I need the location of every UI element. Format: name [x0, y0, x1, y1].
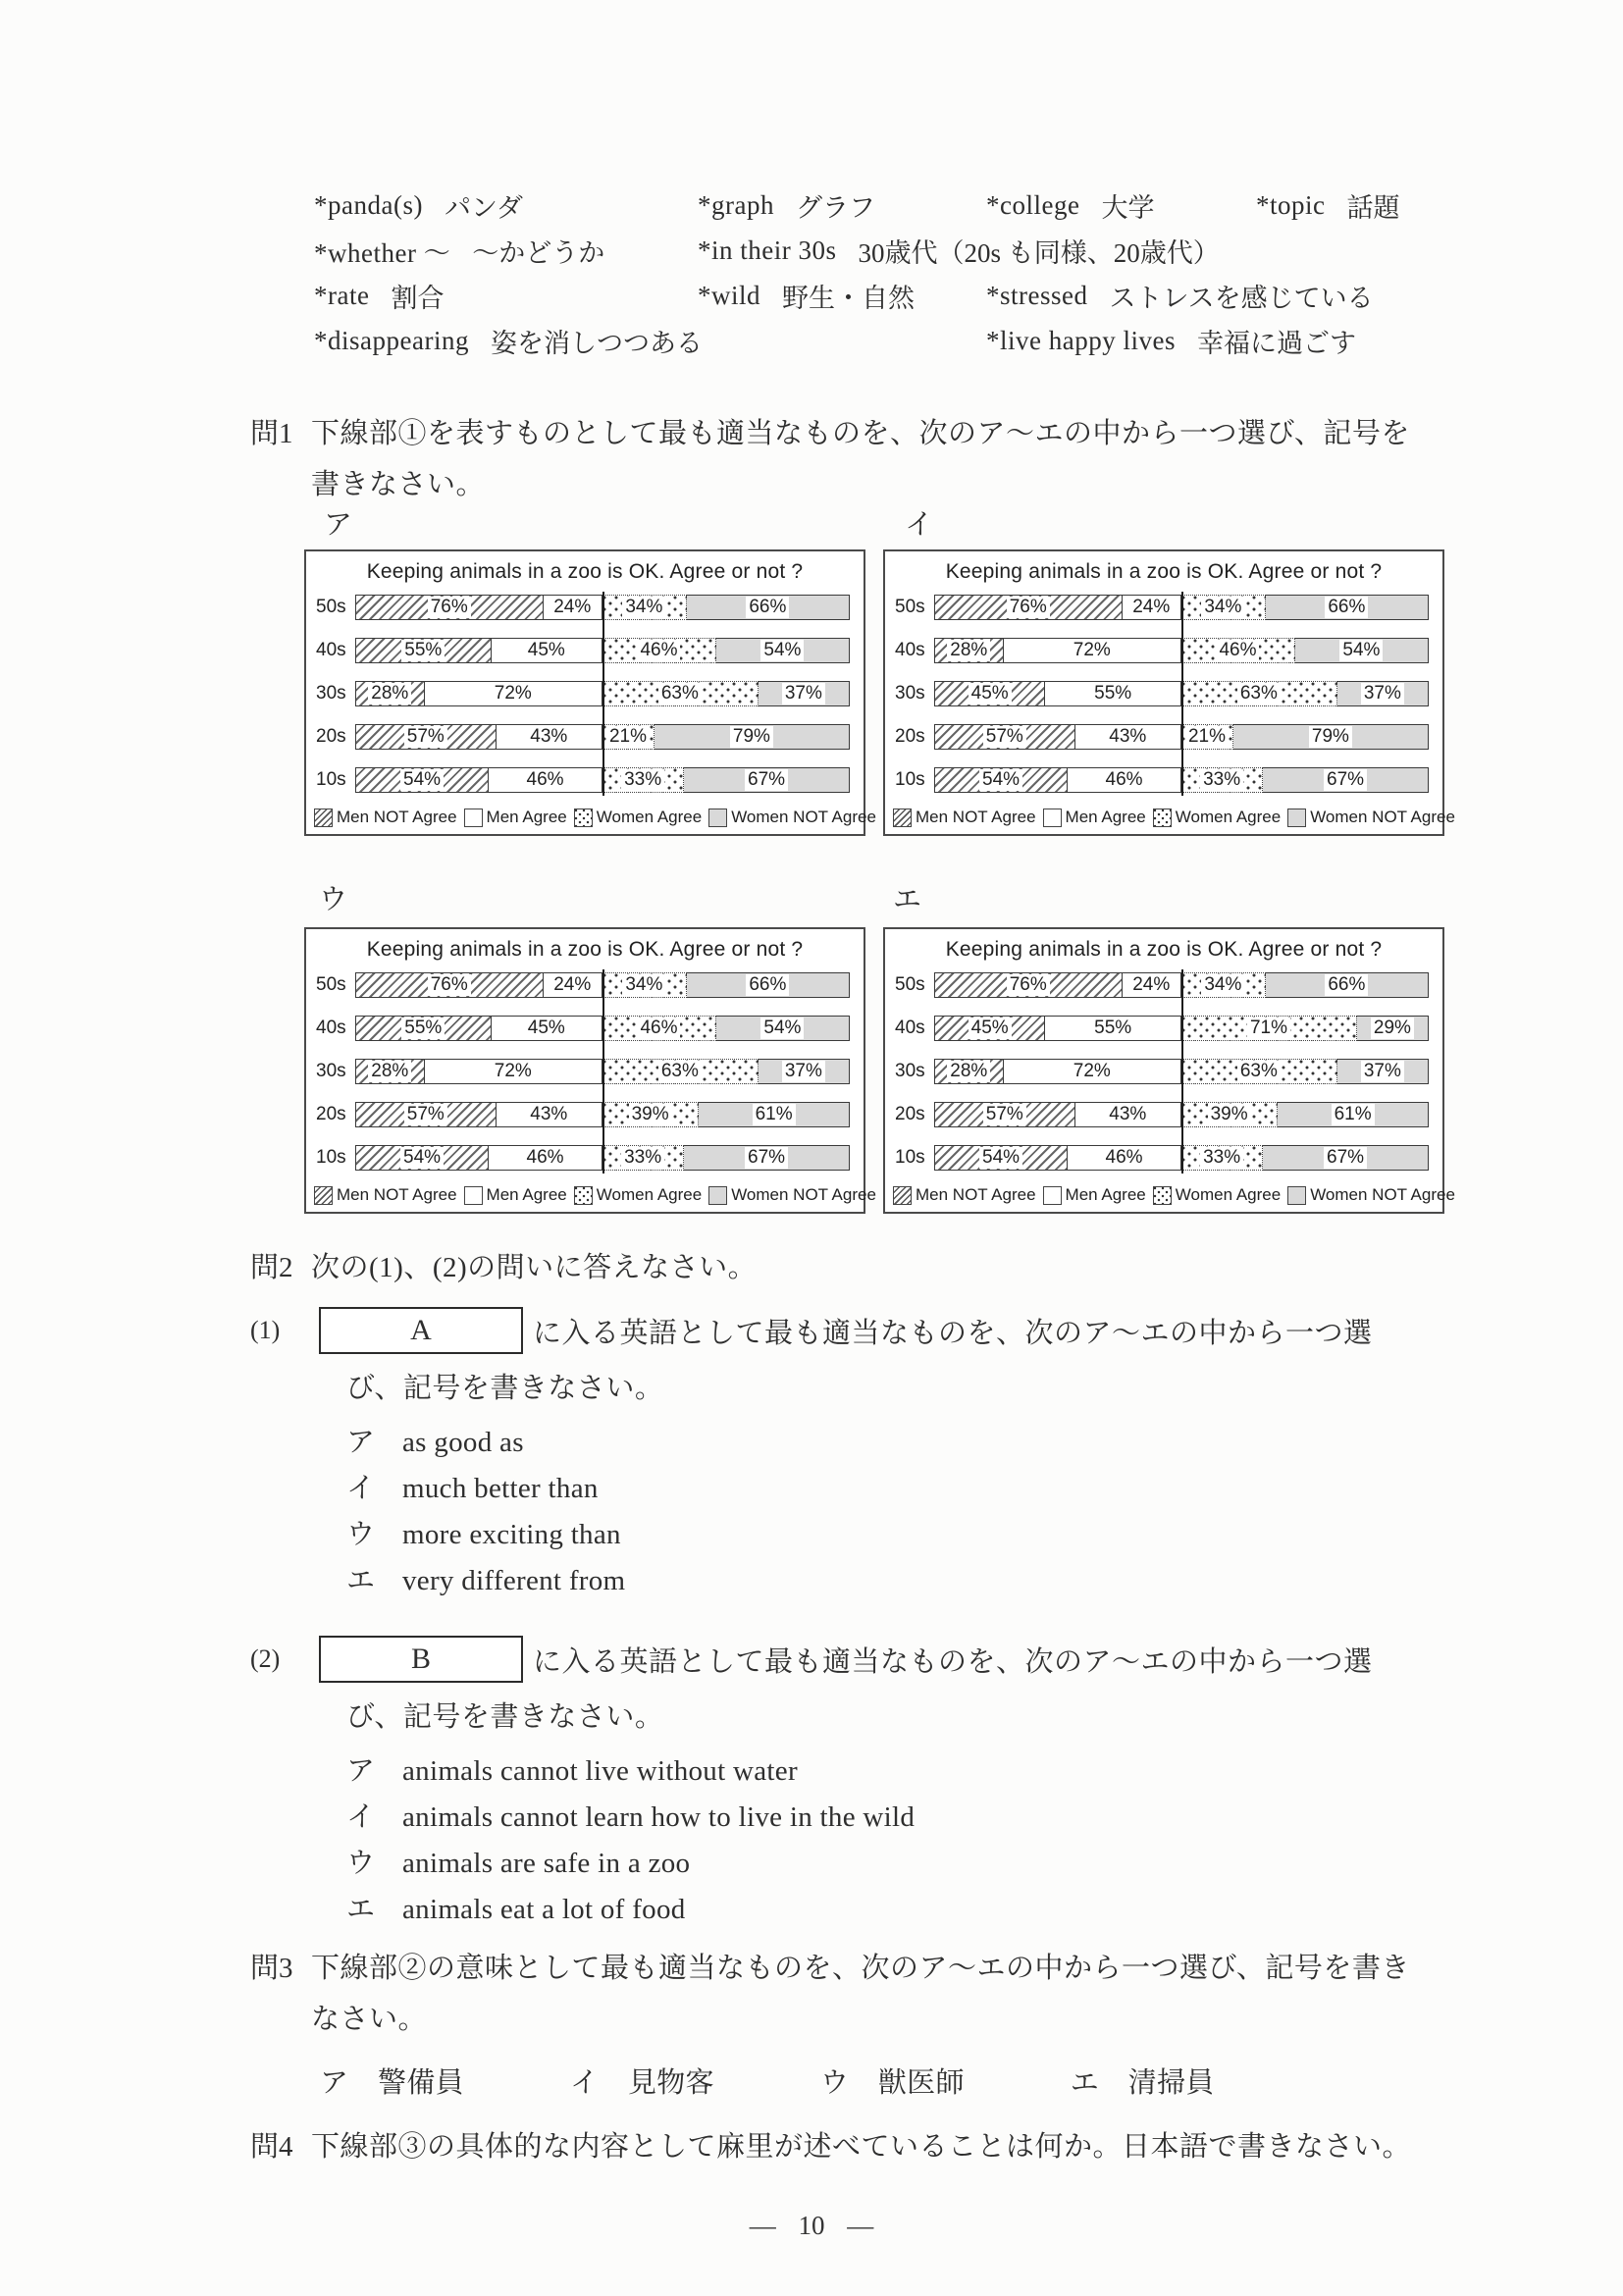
- bar-segment-value: 24%: [550, 597, 594, 618]
- bar-segment-value: 24%: [1129, 974, 1173, 996]
- bar-segment-women-agree: 34%: [1181, 595, 1266, 620]
- legend-label: Women NOT Agree: [731, 1185, 876, 1205]
- bar-segment-men-agree: 43%: [1075, 1102, 1181, 1127]
- chart-bar-row: 40s45%55%71%29%: [895, 1016, 1429, 1041]
- question-2-sub-1: (1) A に入る英語として最も適当なものを、次のア～エの中から一つ選 び、記号…: [250, 1307, 1373, 1604]
- bar-segment-value: 57%: [983, 1104, 1026, 1125]
- glossary-entry: *whether ～～かどうか: [314, 228, 698, 273]
- bar-segment-men-agree: 72%: [1004, 1059, 1181, 1084]
- bar-segment-value: 72%: [1071, 1061, 1114, 1082]
- legend-item: Men NOT Agree: [314, 808, 457, 827]
- age-group-label: 50s: [316, 597, 355, 618]
- women-half: 21%79%: [602, 724, 850, 750]
- gender-divider-line: [1181, 969, 1183, 1174]
- age-group-label: 50s: [316, 974, 355, 996]
- age-group-label: 10s: [895, 769, 934, 791]
- question-2-sub-2: (2) B に入る英語として最も適当なものを、次のア～エの中から一つ選 び、記号…: [250, 1636, 1373, 1933]
- choice-letter: ア: [346, 1420, 402, 1460]
- chart-bar-row: 20s57%43%21%79%: [895, 724, 1429, 750]
- bar-segment-women-not-agree: 29%: [1357, 1016, 1429, 1041]
- bar-segment-value: 46%: [637, 640, 680, 661]
- bar-segment-value: 55%: [401, 640, 445, 661]
- choice-item: アas good as: [346, 1420, 1373, 1466]
- chart-plot-area: 50s76%24%34%66%40s55%45%46%54%30s28%72%6…: [316, 972, 850, 1171]
- bar-segment-value: 21%: [606, 726, 650, 748]
- chart-plot-area: 50s76%24%34%66%40s45%55%71%29%30s28%72%6…: [895, 972, 1429, 1171]
- legend-swatch-women-not-agree: [1287, 1186, 1306, 1205]
- choice-text: 獣医師: [878, 2061, 965, 2101]
- bar-segment-women-agree: 71%: [1181, 1016, 1357, 1041]
- bar-segment-value: 54%: [979, 1147, 1022, 1169]
- bar-segment-value: 76%: [1007, 974, 1050, 996]
- glossary-definition: グラフ: [796, 186, 875, 225]
- glossary-definition: 30歳代（20s も同様、20歳代）: [859, 232, 1220, 270]
- question-4-text: 下線部③の具体的な内容として麻里が述べていることは何か。日本語で書きなさい。: [311, 2121, 1411, 2172]
- legend-label: Men NOT Agree: [916, 808, 1036, 827]
- legend-item: Men Agree: [1043, 808, 1146, 827]
- glossary-entry: *stressedストレスを感じている: [986, 273, 1466, 318]
- bar-segment-value: 28%: [947, 640, 990, 661]
- legend-swatch-men-agree: [464, 809, 483, 827]
- legend-swatch-women-agree: [574, 809, 593, 827]
- chart-option-i: Keeping animals in a zoo is OK. Agree or…: [883, 549, 1444, 836]
- glossary-definition: パンダ: [445, 186, 523, 225]
- bar-segment-value: 29%: [1371, 1018, 1414, 1039]
- sub-question-1-number: (1): [250, 1316, 319, 1345]
- legend-item: Men NOT Agree: [893, 1185, 1036, 1205]
- women-half: 33%67%: [1181, 767, 1429, 793]
- chart-bar-row: 40s28%72%46%54%: [895, 638, 1429, 663]
- legend-item: Women Agree: [1153, 1185, 1281, 1205]
- bar-segment-men-agree: 55%: [1045, 681, 1181, 706]
- page-number: — 10 —: [0, 2211, 1623, 2241]
- choice-letter: エ: [346, 1887, 402, 1927]
- chart-legend: Men NOT AgreeMen AgreeWomen AgreeWomen N…: [893, 1185, 1439, 1205]
- age-group-label: 40s: [316, 640, 355, 661]
- sub-question-1-choices: アas good asイmuch better thanウmore exciti…: [346, 1420, 1373, 1604]
- sub-question-1-text: に入る英語として最も適当なものを、次のア～エの中から一つ選: [533, 1311, 1373, 1351]
- bar-segment-men-not-agree: 76%: [934, 972, 1123, 998]
- glossary-entry: *graphグラフ: [698, 183, 986, 228]
- legend-label: Men Agree: [1066, 1185, 1146, 1205]
- bar-segment-men-agree: 46%: [1068, 1145, 1181, 1171]
- chart-title: Keeping animals in a zoo is OK. Agree or…: [306, 938, 864, 962]
- bar-segment-value: 37%: [1361, 1061, 1404, 1082]
- men-half: 45%55%: [934, 681, 1181, 706]
- bar-segment-value: 63%: [1237, 1061, 1281, 1082]
- legend-item: Men Agree: [1043, 1185, 1146, 1205]
- question-3-line1: 下線部②の意味として最も適当なものを、次のア～エの中から一つ選び、記号を書き: [311, 1943, 1410, 1994]
- glossary-definition: 姿を消しつつある: [491, 322, 703, 360]
- bar-segment-value: 54%: [979, 769, 1022, 791]
- bar-segment-value: 54%: [760, 1018, 804, 1039]
- choice-item: ア警備員: [320, 2061, 464, 2101]
- bar-segment-women-not-agree: 66%: [1266, 972, 1429, 998]
- bar-segment-men-agree: 46%: [1068, 767, 1181, 793]
- chart-bar-row: 50s76%24%34%66%: [895, 972, 1429, 998]
- legend-swatch-men-not-agree: [893, 809, 912, 827]
- glossary-term: *graph: [698, 190, 774, 221]
- chart-bar-row: 50s76%24%34%66%: [316, 972, 850, 998]
- legend-label: Men NOT Agree: [337, 808, 457, 827]
- men-half: 28%72%: [934, 638, 1181, 663]
- bar-segment-men-not-agree: 54%: [355, 1145, 489, 1171]
- bar-segment-women-not-agree: 79%: [1233, 724, 1429, 750]
- bar-segment-value: 76%: [428, 974, 471, 996]
- bar-segment-women-agree: 33%: [1181, 767, 1263, 793]
- men-half: 57%43%: [934, 1102, 1181, 1127]
- choice-item: ウanimals are safe in a zoo: [346, 1841, 1373, 1887]
- women-half: 46%54%: [602, 638, 850, 663]
- legend-label: Men Agree: [487, 1185, 567, 1205]
- legend-label: Men Agree: [487, 808, 567, 827]
- glossary-term: *live happy lives: [986, 326, 1176, 356]
- legend-swatch-men-agree: [1043, 1186, 1062, 1205]
- sub-question-1-text-line2: び、記号を書きなさい。: [346, 1366, 1373, 1406]
- choice-letter: ウ: [346, 1841, 402, 1881]
- bar-segment-men-agree: 24%: [544, 595, 602, 620]
- legend-item: Women NOT Agree: [708, 808, 876, 827]
- chart-bar-row: 30s28%72%63%37%: [316, 681, 850, 706]
- bar-segment-men-agree: 45%: [492, 1016, 602, 1041]
- bar-segment-value: 76%: [428, 597, 471, 618]
- gender-divider-line: [1181, 592, 1183, 796]
- chart-bar-row: 40s55%45%46%54%: [316, 1016, 850, 1041]
- age-group-label: 20s: [895, 726, 934, 748]
- choice-text: 見物客: [628, 2061, 714, 2101]
- bar-segment-value: 46%: [524, 769, 567, 791]
- question-1: 問1 下線部①を表すものとして最も適当なものを、次のア～エの中から一つ選び、記号…: [250, 408, 1410, 510]
- bar-segment-women-not-agree: 54%: [1295, 638, 1429, 663]
- bar-segment-value: 67%: [745, 769, 788, 791]
- bar-segment-women-agree: 33%: [1181, 1145, 1263, 1171]
- bar-segment-value: 72%: [492, 683, 535, 704]
- bar-segment-women-agree: 34%: [1181, 972, 1266, 998]
- age-group-label: 30s: [316, 1061, 355, 1082]
- choice-letter: ア: [346, 1748, 402, 1789]
- chart-option-u: Keeping animals in a zoo is OK. Agree or…: [304, 927, 865, 1214]
- bar-segment-value: 46%: [1216, 640, 1259, 661]
- bar-segment-men-agree: 55%: [1045, 1016, 1181, 1041]
- bar-segment-value: 63%: [1237, 683, 1281, 704]
- bar-segment-men-agree: 46%: [489, 1145, 602, 1171]
- bar-segment-men-not-agree: 54%: [934, 767, 1068, 793]
- glossary-term: *panda(s): [314, 190, 423, 221]
- bar-segment-men-not-agree: 54%: [355, 767, 489, 793]
- glossary-entry: *live happy lives幸福に過ごす: [986, 318, 1466, 363]
- age-group-label: 20s: [895, 1104, 934, 1125]
- glossary-term: *rate: [314, 281, 369, 311]
- bar-segment-women-agree: 21%: [602, 724, 654, 750]
- chart-legend: Men NOT AgreeMen AgreeWomen AgreeWomen N…: [314, 1185, 860, 1205]
- men-half: 57%43%: [355, 724, 602, 750]
- chart-bar-row: 50s76%24%34%66%: [316, 595, 850, 620]
- bar-segment-women-agree: 63%: [602, 1059, 759, 1084]
- glossary-entry: *panda(s)パンダ: [314, 183, 698, 228]
- bar-segment-women-not-agree: 61%: [699, 1102, 850, 1127]
- bar-segment-value: 46%: [1103, 1147, 1146, 1169]
- glossary-entry: *topic話題: [1256, 183, 1466, 228]
- choice-text: 警備員: [378, 2061, 464, 2101]
- chart-legend: Men NOT AgreeMen AgreeWomen AgreeWomen N…: [893, 808, 1439, 827]
- bar-segment-women-agree: 33%: [602, 767, 684, 793]
- bar-segment-men-not-agree: 76%: [355, 972, 544, 998]
- age-group-label: 10s: [316, 1147, 355, 1169]
- men-half: 76%24%: [934, 595, 1181, 620]
- sub-question-2-choices: アanimals cannot live without waterイanima…: [346, 1748, 1373, 1933]
- choice-item: イanimals cannot learn how to live in the…: [346, 1795, 1373, 1841]
- glossary-definition: ストレスを感じている: [1109, 277, 1373, 315]
- bar-segment-value: 54%: [1339, 640, 1383, 661]
- bar-segment-value: 66%: [1325, 597, 1368, 618]
- chart-bar-row: 10s54%46%33%67%: [895, 1145, 1429, 1171]
- chart-option-e: Keeping animals in a zoo is OK. Agree or…: [883, 927, 1444, 1214]
- glossary-term: *whether ～: [314, 232, 450, 270]
- legend-label: Women NOT Agree: [731, 808, 876, 827]
- legend-swatch-women-not-agree: [708, 809, 727, 827]
- bar-segment-value: 28%: [368, 683, 411, 704]
- legend-swatch-men-agree: [1043, 809, 1062, 827]
- chart-bar-row: 10s54%46%33%67%: [316, 1145, 850, 1171]
- chart-bar-row: 20s57%43%21%79%: [316, 724, 850, 750]
- men-half: 45%55%: [934, 1016, 1181, 1041]
- question-1-number: 問1: [250, 408, 311, 459]
- bar-segment-women-agree: 21%: [1181, 724, 1233, 750]
- bar-segment-women-agree: 34%: [602, 595, 687, 620]
- bar-segment-women-not-agree: 67%: [1263, 1145, 1429, 1171]
- legend-swatch-men-not-agree: [893, 1186, 912, 1205]
- bar-segment-men-agree: 45%: [492, 638, 602, 663]
- age-group-label: 50s: [895, 974, 934, 996]
- men-half: 28%72%: [934, 1059, 1181, 1084]
- age-group-label: 50s: [895, 597, 934, 618]
- bar-segment-men-not-agree: 55%: [355, 638, 492, 663]
- question-3-text: 下線部②の意味として最も適当なものを、次のア～エの中から一つ選び、記号を書き な…: [311, 1943, 1410, 2045]
- glossary-term: *in their 30s: [698, 235, 837, 266]
- choice-text: 清掃員: [1128, 2061, 1215, 2101]
- bar-segment-value: 55%: [1091, 1018, 1134, 1039]
- men-half: 55%45%: [355, 1016, 602, 1041]
- choice-item: アanimals cannot live without water: [346, 1748, 1373, 1795]
- chart-plot-area: 50s76%24%34%66%40s55%45%46%54%30s28%72%6…: [316, 595, 850, 793]
- bar-segment-men-not-agree: 28%: [355, 1059, 425, 1084]
- men-half: 57%43%: [934, 724, 1181, 750]
- question-1-line2: 書きなさい。: [311, 459, 1410, 510]
- bar-segment-value: 67%: [1324, 769, 1367, 791]
- bar-segment-value: 46%: [524, 1147, 567, 1169]
- bar-segment-women-agree: 33%: [602, 1145, 684, 1171]
- bar-segment-women-not-agree: 67%: [1263, 767, 1429, 793]
- bar-segment-men-not-agree: 76%: [355, 595, 544, 620]
- choice-letter: エ: [1071, 2061, 1099, 2101]
- chart-bar-row: 10s54%46%33%67%: [316, 767, 850, 793]
- question-2: 問2 次の(1)、(2)の問いに答えなさい。 (1) A に入る英語として最も適…: [250, 1242, 1373, 1933]
- choice-text: animals eat a lot of food: [402, 1894, 686, 1926]
- choice-item: ウmore exciting than: [346, 1512, 1373, 1558]
- bar-segment-men-not-agree: 57%: [934, 724, 1075, 750]
- age-group-label: 10s: [316, 769, 355, 791]
- bar-segment-men-agree: 72%: [425, 681, 602, 706]
- bar-segment-value: 43%: [527, 1104, 570, 1125]
- sub-question-2-text-line2: び、記号を書きなさい。: [346, 1695, 1373, 1735]
- glossary-definition: ～かどうか: [472, 232, 604, 270]
- bar-segment-value: 54%: [400, 1147, 444, 1169]
- age-group-label: 20s: [316, 1104, 355, 1125]
- choice-text: very different from: [402, 1565, 625, 1597]
- legend-label: Men Agree: [1066, 808, 1146, 827]
- question-4-number: 問4: [250, 2121, 311, 2172]
- bar-segment-women-not-agree: 54%: [716, 638, 850, 663]
- bar-segment-women-agree: 46%: [1181, 638, 1295, 663]
- chart-bar-row: 30s28%72%63%37%: [895, 1059, 1429, 1084]
- legend-label: Women NOT Agree: [1310, 1185, 1455, 1205]
- glossary-term: *wild: [698, 281, 760, 311]
- bar-segment-value: 61%: [1332, 1104, 1375, 1125]
- bar-segment-value: 57%: [404, 726, 447, 748]
- bar-segment-value: 33%: [1200, 769, 1243, 791]
- bar-segment-men-not-agree: 57%: [355, 1102, 497, 1127]
- bar-segment-men-agree: 72%: [1004, 638, 1181, 663]
- bar-segment-value: 39%: [629, 1104, 672, 1125]
- glossary-definition: 幸福に過ごす: [1197, 322, 1356, 360]
- legend-item: Women NOT Agree: [708, 1185, 876, 1205]
- question-3-number: 問3: [250, 1943, 311, 1994]
- glossary-entry: *wild野生・自然: [698, 273, 986, 318]
- bar-segment-value: 54%: [400, 769, 444, 791]
- bar-segment-men-agree: 43%: [497, 1102, 602, 1127]
- bar-segment-value: 72%: [1071, 640, 1114, 661]
- bar-segment-women-agree: 63%: [1181, 681, 1337, 706]
- bar-segment-value: 28%: [368, 1061, 411, 1082]
- choice-text: animals are safe in a zoo: [402, 1848, 690, 1880]
- bar-segment-women-agree: 46%: [602, 1016, 716, 1041]
- men-half: 55%45%: [355, 638, 602, 663]
- men-half: 54%46%: [934, 767, 1181, 793]
- glossary-definition: 野生・自然: [782, 277, 915, 315]
- bar-segment-men-agree: 46%: [489, 767, 602, 793]
- bar-segment-value: 39%: [1208, 1104, 1251, 1125]
- bar-segment-value: 33%: [621, 769, 664, 791]
- choice-letter: イ: [346, 1466, 402, 1506]
- bar-segment-men-not-agree: 55%: [355, 1016, 492, 1041]
- legend-label: Women Agree: [1176, 1185, 1281, 1205]
- women-half: 63%37%: [1181, 1059, 1429, 1084]
- bar-segment-value: 33%: [1200, 1147, 1243, 1169]
- bar-segment-women-not-agree: 67%: [684, 767, 850, 793]
- bar-segment-men-not-agree: 57%: [934, 1102, 1075, 1127]
- bar-segment-men-agree: 72%: [425, 1059, 602, 1084]
- legend-swatch-women-agree: [1153, 1186, 1172, 1205]
- men-half: 54%46%: [934, 1145, 1181, 1171]
- men-half: 57%43%: [355, 1102, 602, 1127]
- choice-item: エanimals eat a lot of food: [346, 1887, 1373, 1933]
- bar-segment-men-not-agree: 45%: [934, 1016, 1045, 1041]
- bar-segment-value: 37%: [1361, 683, 1404, 704]
- men-half: 54%46%: [355, 1145, 602, 1171]
- choice-label-a: ア: [324, 502, 352, 543]
- legend-label: Men NOT Agree: [916, 1185, 1036, 1205]
- legend-swatch-women-not-agree: [708, 1186, 727, 1205]
- women-half: 34%66%: [1181, 972, 1429, 998]
- bar-segment-value: 45%: [969, 683, 1012, 704]
- bar-segment-value: 79%: [730, 726, 773, 748]
- bar-segment-women-agree: 34%: [602, 972, 687, 998]
- bar-segment-value: 45%: [969, 1018, 1012, 1039]
- glossary-entry: *disappearing姿を消しつつある: [314, 318, 986, 363]
- chart-bar-row: 30s45%55%63%37%: [895, 681, 1429, 706]
- exam-page: *panda(s)パンダ*graphグラフ*college大学*topic話題*…: [0, 0, 1623, 2296]
- bar-segment-value: 57%: [983, 726, 1026, 748]
- bar-segment-women-agree: 39%: [1181, 1102, 1278, 1127]
- legend-swatch-women-agree: [1153, 809, 1172, 827]
- bar-segment-value: 43%: [1106, 726, 1149, 748]
- question-2-intro: 次の(1)、(2)の問いに答えなさい。: [311, 1242, 757, 1293]
- bar-segment-women-not-agree: 37%: [1337, 1059, 1429, 1084]
- chart-title: Keeping animals in a zoo is OK. Agree or…: [885, 560, 1442, 584]
- bar-segment-women-agree: 39%: [602, 1102, 699, 1127]
- bar-segment-value: 46%: [1103, 769, 1146, 791]
- legend-item: Men Agree: [464, 808, 567, 827]
- women-half: 63%37%: [1181, 681, 1429, 706]
- bar-segment-women-not-agree: 37%: [1337, 681, 1429, 706]
- sub-question-2-number: (2): [250, 1644, 319, 1674]
- bar-segment-men-not-agree: 28%: [934, 638, 1004, 663]
- chart-plot-area: 50s76%24%34%66%40s28%72%46%54%30s45%55%6…: [895, 595, 1429, 793]
- gender-divider-line: [602, 969, 604, 1174]
- women-half: 46%54%: [602, 1016, 850, 1041]
- bar-segment-value: 66%: [746, 597, 789, 618]
- age-group-label: 10s: [895, 1147, 934, 1169]
- choice-text: animals cannot live without water: [402, 1755, 798, 1788]
- bar-segment-women-not-agree: 79%: [654, 724, 850, 750]
- bar-segment-men-agree: 24%: [1123, 595, 1181, 620]
- legend-item: Men NOT Agree: [314, 1185, 457, 1205]
- bar-segment-value: 24%: [550, 974, 594, 996]
- women-half: 21%79%: [1181, 724, 1429, 750]
- question-4: 問4 下線部③の具体的な内容として麻里が述べていることは何か。日本語で書きなさい…: [250, 2121, 1411, 2172]
- women-half: 63%37%: [602, 681, 850, 706]
- age-group-label: 40s: [895, 640, 934, 661]
- bar-segment-value: 34%: [622, 597, 665, 618]
- bar-segment-value: 67%: [1324, 1147, 1367, 1169]
- glossary-definition: 大学: [1101, 186, 1154, 225]
- bar-segment-value: 55%: [1091, 683, 1134, 704]
- legend-label: Women Agree: [597, 1185, 702, 1205]
- sub-question-2-text: に入る英語として最も適当なものを、次のア～エの中から一つ選: [533, 1640, 1373, 1680]
- bar-segment-value: 79%: [1309, 726, 1352, 748]
- bar-segment-value: 63%: [658, 1061, 702, 1082]
- choice-letter: ウ: [346, 1512, 402, 1552]
- glossary-entry: *in their 30s30歳代（20s も同様、20歳代）: [698, 228, 1466, 273]
- women-half: 34%66%: [602, 972, 850, 998]
- women-half: 71%29%: [1181, 1016, 1429, 1041]
- bar-segment-value: 28%: [947, 1061, 990, 1082]
- question-3-choices: ア警備員イ見物客ウ獣医師エ清掃員: [320, 2061, 1410, 2101]
- bar-segment-value: 67%: [745, 1147, 788, 1169]
- legend-swatch-men-not-agree: [314, 1186, 333, 1205]
- legend-item: Women Agree: [574, 1185, 702, 1205]
- bar-segment-women-not-agree: 66%: [687, 595, 850, 620]
- bar-segment-women-not-agree: 67%: [684, 1145, 850, 1171]
- women-half: 39%61%: [1181, 1102, 1429, 1127]
- bar-segment-value: 61%: [753, 1104, 796, 1125]
- glossary-term: *topic: [1256, 190, 1326, 221]
- bar-segment-men-agree: 43%: [1075, 724, 1181, 750]
- bar-segment-value: 55%: [401, 1018, 445, 1039]
- bar-segment-value: 66%: [1325, 974, 1368, 996]
- glossary-term: *disappearing: [314, 326, 469, 356]
- choice-text: animals cannot learn how to live in the …: [402, 1801, 915, 1834]
